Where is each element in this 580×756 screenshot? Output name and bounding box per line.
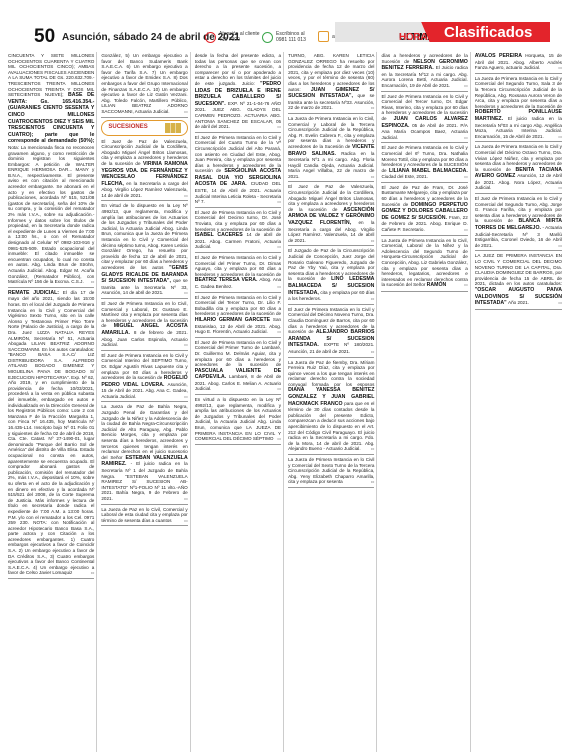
classified-ad: La Jueza de Primera Instancia en lo Civi…: [288, 456, 374, 488]
ad-end-mark-icon: ▭: [464, 135, 468, 141]
ad-text: González, 5) Un embargo ejecutivo a favo…: [101, 53, 187, 114]
ad-highlight: HILARIO GERMAN GARCETE: [195, 317, 273, 323]
classified-ad: REMATE JUDICIAL: El día 17 de mayo del a…: [8, 289, 94, 579]
ad-end-mark-icon: ▭: [464, 282, 468, 288]
ad-text: La Jueza de Paz de Ñemby, Dra. Míriam Fe…: [288, 360, 374, 387]
ad-end-mark-icon: ▭: [464, 83, 468, 89]
ad-end-mark-icon: ▭: [558, 300, 562, 306]
column-5: días a herederos y acreedores de la Suce…: [381, 52, 470, 752]
ad-end-mark-icon: ▭: [558, 134, 562, 140]
columns-icon: [165, 123, 181, 133]
classified-ad: El Juez de Primera Instancia en lo Civil…: [101, 352, 187, 403]
ad-end-mark-icon: ▭: [371, 349, 375, 355]
ad-text: La Jueza de Primera Instancia en lo Civi…: [475, 76, 562, 109]
ad-text: La Jueza de Primera Instancia en lo Civi…: [288, 457, 374, 484]
classified-ad: La Jueza de Paz de Ñemby, Dra. Míriam Fe…: [288, 359, 374, 456]
classified-ad: En virtud de lo dispuesto en la Ley Nº 4…: [101, 202, 187, 299]
ad-end-mark-icon: ▭: [371, 174, 375, 180]
ad-end-mark-icon: ▭: [558, 65, 562, 71]
ad-end-mark-icon: ▭: [277, 199, 281, 205]
ad-end-mark-icon: ▭: [558, 243, 562, 249]
classified-ad: La Jueza de Primera Instancia en lo Civi…: [381, 237, 467, 292]
column-3: desde la fecha del presente edicto, a to…: [195, 52, 284, 752]
ad-text: Ciudad del Este, 2021.: [381, 174, 427, 179]
column-6: AVALOS PEREIRA Horqueta, 15 de Abril del…: [475, 52, 564, 752]
classified-ad: El Juez de Paz de Fram, Dr. José Bustama…: [381, 184, 467, 236]
whatsapp-icon: [262, 32, 273, 43]
ad-end-mark-icon: ▭: [184, 342, 188, 348]
classified-ad: González, 5) Un embargo ejecutivo a favo…: [101, 52, 187, 118]
ad-text: La Jueza de Paz en lo Civil, Comercial y…: [101, 507, 187, 523]
ad-text: - El juicio radica en la Secretaría Nº 1…: [101, 461, 187, 501]
ad-text: En virtud a lo dispuesto en la Ley Nº 49…: [195, 397, 281, 441]
classified-ad: La Jueza de Paz en lo Civil, Comercial y…: [101, 506, 187, 527]
classified-ad: TURNO, ABG. KAREN LETICIA GONZALEZ ORREG…: [288, 52, 374, 114]
ad-highlight: REMATE JUDICIAL:: [8, 290, 63, 296]
ad-text: LA JUEZ DE PRIMERA INSTANCIA EN LO CIVIL…: [475, 253, 562, 286]
ad-end-mark-icon: ▭: [91, 570, 95, 576]
ad-end-mark-icon: ▭: [277, 284, 281, 290]
ad-text: "BANCO BASA S.A.C/ LIZ DISTRIBUIDORA S.A…: [8, 352, 94, 575]
classified-ad: El Juez de Primera Instancia en lo Civil…: [381, 93, 467, 144]
classified-ad: desde la fecha del presente edicto, a to…: [195, 52, 281, 133]
column-2: González, 5) Un embargo ejecutivo a favo…: [101, 52, 190, 752]
ad-highlight: BASE DE VENTA: Gs. 165.416.354.- (GUARAN…: [8, 92, 94, 144]
classified-ad: El Juez de Primera Instancia en lo Civil…: [195, 294, 281, 338]
page-header: 50 Asunción, sábado 24 de abril de 2021 …: [0, 28, 580, 48]
ad-end-mark-icon: ▭: [371, 296, 375, 302]
classified-ad: días a herederos y acreedores de la Suce…: [381, 52, 467, 92]
ad-text: Año 2021.: [508, 300, 529, 305]
section-title: Clasificados: [410, 22, 550, 42]
ad-end-mark-icon: ▭: [371, 479, 375, 485]
classified-ad: El Juez de Primera Instancia en lo Civil…: [381, 144, 467, 183]
ad-highlight: ISABEL CACERES: [195, 232, 247, 238]
ad-end-mark-icon: ▭: [184, 109, 188, 115]
ad-end-mark-icon: ▭: [464, 174, 468, 180]
ad-text: Nota: La mencionada finca no reconocen g…: [8, 145, 94, 284]
ad-end-mark-icon: ▭: [184, 518, 188, 524]
ad-end-mark-icon: ▭: [371, 105, 375, 111]
ad-end-mark-icon: ▭: [277, 386, 281, 392]
classified-ad: El Juez de Primera Instancia en lo Civil…: [101, 300, 187, 351]
badge-label: SUCESIONES: [108, 125, 147, 131]
ad-text: El Juez de Primera Instancia en lo Civil…: [195, 295, 281, 317]
ad-end-mark-icon: ▭: [277, 329, 281, 335]
page-number: 50: [34, 26, 55, 48]
classified-ad: El Juez de Paz de Valenzuela, Circunscri…: [101, 138, 187, 202]
sucesiones-badge: SUCESIONES: [101, 120, 187, 136]
ad-end-mark-icon: ▭: [184, 394, 188, 400]
ad-end-mark-icon: ▭: [184, 193, 188, 199]
ad-end-mark-icon: ▭: [558, 185, 562, 191]
phone-icon: [205, 32, 216, 43]
classified-ad: El Juez de Paz de Valenzuela, Circunscri…: [288, 183, 374, 246]
classified-ad: En virtud a lo dispuesto en la Ley Nº 49…: [195, 396, 281, 445]
ad-highlight: RAMÓN: [427, 282, 447, 288]
column-4: TURNO, ABG. KAREN LETICIA GONZALEZ ORREG…: [288, 52, 377, 752]
ad-end-mark-icon: ▭: [371, 446, 375, 452]
ad-text: La Jueza de Paz de Bahía Negra, Juzgado …: [101, 404, 187, 459]
classified-ad: El Juez de Primera Instancia en lo Civil…: [195, 134, 281, 208]
customer-service-contact: Atención al cliente415 7000: [205, 31, 260, 43]
ad-highlight: BEATRIZ TERESA VERA.: [195, 277, 260, 283]
classified-ad: CINCUENTA Y SIETE MILLONES OCHOCIENTOS C…: [8, 52, 94, 288]
classified-ad: LA JUEZ DE PRIMERA INSTANCIA EN LO CIVIL…: [475, 252, 562, 309]
classified-ad: El Juez de Primera Instancia en lo Civil…: [195, 254, 281, 293]
classified-ad: El Juez de Primera Instancia en lo Civil…: [195, 339, 281, 395]
classified-ad: AVALOS PEREIRA Horqueta, 15 de Abril del…: [475, 52, 562, 74]
ad-text: El Juez de Primera Instancia en lo Civil…: [195, 210, 281, 232]
classified-ad: La Jueza de Primera Instancia en lo Civi…: [288, 115, 374, 183]
ad-end-mark-icon: ▭: [91, 279, 95, 285]
ad-highlight: LILIANA MABEL BALMACEDA.: [389, 168, 468, 174]
ad-end-mark-icon: ▭: [464, 227, 468, 233]
ad-end-mark-icon: ▭: [277, 244, 281, 250]
column-1: CINCUENTA Y SIETE MILLONES OCHOCIENTOS C…: [8, 52, 97, 752]
classified-ad: El Juzgado de Paz de la Circunscripción …: [288, 247, 374, 304]
ad-end-mark-icon: ▭: [371, 238, 375, 244]
ad-text: El Juez de Primera Instancia en lo Civil…: [195, 255, 281, 277]
ad-text: CINCUENTA Y SIETE MILLONES OCHOCIENTOS C…: [8, 53, 94, 97]
classified-ad: La Jueza de Primera Instancia en lo Civi…: [475, 143, 562, 194]
ad-end-mark-icon: ▭: [184, 290, 188, 296]
classified-ad: La Jueza de Primera Instancia en lo Civi…: [475, 75, 562, 143]
ad-highlight: AVALOS PEREIRA: [475, 53, 525, 59]
whatsapp-contact: Escríbinos al0981 111 013: [262, 31, 306, 43]
classifieds-columns: CINCUENTA Y SIETE MILLONES OCHOCIENTOS C…: [8, 52, 564, 752]
classified-ad: La Jueza de Paz de Bahía Negra, Juzgado …: [101, 403, 187, 504]
ad-text: La Jueza de Primera Instancia en lo Civi…: [381, 238, 467, 288]
ad-text: El día 17 de mayo del año 2021, siendo l…: [8, 290, 94, 352]
classified-ad: El Juez de Primera Instancia en lo Civil…: [475, 195, 562, 251]
classified-ad: El Juez de Primera Instancia en lo Civil…: [288, 306, 374, 358]
ad-end-mark-icon: ▭: [277, 436, 281, 442]
email-icon: [318, 31, 329, 42]
classified-ad: El Juez de Primera Instancia en lo Civil…: [195, 209, 281, 253]
ad-text: En virtud de lo dispuesto en la Ley Nº 4…: [101, 203, 187, 270]
ad-text: para que en el término de 30 días contad…: [288, 401, 374, 452]
ad-end-mark-icon: ▭: [184, 496, 188, 502]
ad-end-mark-icon: ▭: [277, 124, 281, 130]
ad-text: El Juez de Primera Instancia en lo Civil…: [195, 340, 281, 367]
